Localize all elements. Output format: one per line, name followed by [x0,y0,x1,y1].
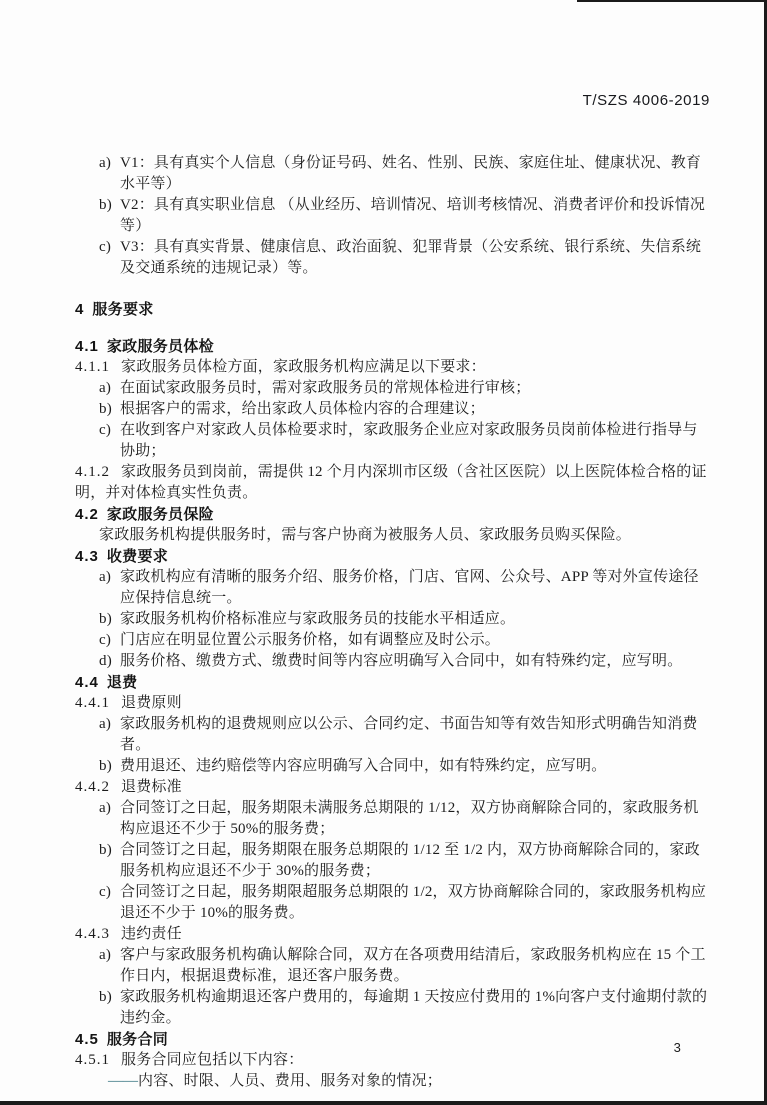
scan-edge-bottom [0,1101,767,1105]
list-text: 根据客户的需求，给出家政人员体检内容的合理建议； [120,399,712,420]
list-text: 合同签订之日起，服务期限在服务总期限的 1/12 至 1/2 内，双方协商解除合… [120,840,712,882]
section-title: 服务合同 [107,1031,168,1048]
list-item: b) 费用退还、违约赔偿等内容应明确写入合同中，如有特殊约定，应写明。 [99,756,712,777]
section-heading-4-2: 4.2家政服务员保险 [75,504,712,525]
section-number: 4.2 [75,506,99,523]
list-text: 在收到客户对家政人员体检要求时，家政服务企业应对家政服务员岗前体检进行指导与协助… [120,420,712,462]
section-heading-4-3: 4.3收费要求 [75,546,712,567]
clause-number: 4.5.1 [75,1052,110,1068]
section-number: 4.5 [75,1031,99,1048]
list-marker: a) [99,153,120,195]
clause-text: 违约责任 [121,926,182,942]
dash-list-item: ——内容、时限、人员、费用、服务对象的情况； [108,1071,712,1092]
section-title: 退费 [107,674,138,691]
standard-code: T/SZS 4006-2019 [583,92,710,109]
clause-number: 4.1.2 [75,464,110,480]
list-text: 服务价格、缴费方式、缴费时间等内容应明确写入合同中，如有特殊约定，应写明。 [120,651,712,672]
list-text: 家政服务机构价格标准应与家政服务员的技能水平相适应。 [120,609,712,630]
clause-list-4-4-1: a) 家政服务机构的退费规则应以公示、合同约定、书面告知等有效告知形式明确告知消… [75,714,712,777]
section-heading-4-1: 4.1家政服务员体检 [75,336,712,357]
section-number: 4.1 [75,338,99,355]
clause-list-4-4-3: a) 客户与家政服务机构确认解除合同，双方在各项费用结清后，家政服务机构应在 1… [75,945,712,1029]
list-marker: b) [99,987,120,1029]
list-item: b) 根据客户的需求，给出家政人员体检内容的合理建议； [99,399,712,420]
em-dash-marker: —— [108,1073,138,1089]
list-item: a) 客户与家政服务机构确认解除合同，双方在各项费用结清后，家政服务机构应在 1… [99,945,712,987]
list-text: 在面试家政服务员时，需对家政服务员的常规体检进行审核； [120,378,712,399]
list-item: b) 合同签订之日起，服务期限在服务总期限的 1/12 至 1/2 内，双方协商… [99,840,712,882]
list-marker: b) [99,195,120,237]
section-heading-4-5: 4.5服务合同 [75,1029,712,1050]
list-item: a) 在面试家政服务员时，需对家政服务员的常规体检进行审核； [99,378,712,399]
clause-list-4-1-1: a) 在面试家政服务员时，需对家政服务员的常规体检进行审核； b) 根据客户的需… [75,378,712,462]
list-item-v2: b) V2：具有真实职业信息 （从业经历、培训情况、培训考核情况、消费者评价和投… [99,195,712,237]
list-item: c) 在收到客户对家政人员体检要求时，家政服务企业应对家政服务员岗前体检进行指导… [99,420,712,462]
document-header: T/SZS 4006-2019 [0,0,767,111]
list-marker: c) [99,630,120,651]
list-marker: a) [99,945,120,987]
list-item-v3: c) V3：具有真实背景、健康信息、政治面貌、犯罪背景（公安系统、银行系统、失信… [99,237,712,279]
list-item: c) 合同签订之日起，服务期限超服务总期限的 1/2，双方协商解除合同的，家政服… [99,882,712,924]
clause-text: 退费标准 [121,779,182,795]
clause-list-4-4-2: a) 合同签订之日起，服务期限未满服务总期限的 1/12，双方协商解除合同的，家… [75,798,712,924]
clause-4-4-2: 4.4.2退费标准 [75,777,712,798]
clause-4-4-3: 4.4.3违约责任 [75,924,712,945]
list-marker: a) [99,714,120,756]
list-text: V2：具有真实职业信息 （从业经历、培训情况、培训考核情况、消费者评价和投诉情况… [120,195,712,237]
list-marker: c) [99,237,120,279]
list-item: c) 门店应在明显位置公示服务价格，如有调整应及时公示。 [99,630,712,651]
list-item: b) 家政服务机构逾期退还客户费用的，每逾期 1 天按应付费用的 1%向客户支付… [99,987,712,1029]
scan-edge-top [577,0,767,2]
list-text: 家政机构应有清晰的服务介绍、服务价格，门店、官网、公众号、APP 等对外宣传途径… [120,567,712,609]
section-title: 收费要求 [107,548,168,565]
clause-text: 服务合同应包括以下内容： [121,1052,303,1068]
list-text: 门店应在明显位置公示服务价格，如有调整应及时公示。 [120,630,712,651]
section-heading-4: 4服务要求 [75,299,712,320]
clause-number: 4.4.1 [75,695,110,711]
section-number: 4 [75,301,84,318]
list-item-v1: a) V1：具有真实个人信息（身份证号码、姓名、性别、民族、家庭住址、健康状况、… [99,153,712,195]
clause-text: 家政服务员体检方面，家政服务机构应满足以下要求： [121,359,486,375]
list-text: 家政服务机构逾期退还客户费用的，每逾期 1 天按应付费用的 1%向客户支付逾期付… [120,987,712,1029]
list-marker: c) [99,882,120,924]
clause-text: 退费原则 [121,695,182,711]
section-number: 4.3 [75,548,99,565]
list-text: V1：具有真实个人信息（身份证号码、姓名、性别、民族、家庭住址、健康状况、教育水… [120,153,712,195]
clause-number: 4.4.2 [75,779,110,795]
list-marker: a) [99,378,120,399]
list-item: a) 家政机构应有清晰的服务介绍、服务价格，门店、官网、公众号、APP 等对外宣… [99,567,712,609]
list-item: b) 家政服务机构价格标准应与家政服务员的技能水平相适应。 [99,609,712,630]
list-marker: b) [99,840,120,882]
page-number: 3 [674,1037,681,1058]
clause-number: 4.4.3 [75,926,110,942]
clause-4-1-1: 4.1.1家政服务员体检方面，家政服务机构应满足以下要求： [75,357,712,378]
list-marker: a) [99,567,120,609]
v-level-list: a) V1：具有真实个人信息（身份证号码、姓名、性别、民族、家庭住址、健康状况、… [75,153,712,279]
list-item: a) 家政服务机构的退费规则应以公示、合同约定、书面告知等有效告知形式明确告知消… [99,714,712,756]
list-item: a) 合同签订之日起，服务期限未满服务总期限的 1/12，双方协商解除合同的，家… [99,798,712,840]
list-marker: b) [99,756,120,777]
clause-list-4-3: a) 家政机构应有清晰的服务介绍、服务价格，门店、官网、公众号、APP 等对外宣… [75,567,712,672]
section-heading-4-4: 4.4退费 [75,672,712,693]
section-title: 服务要求 [92,301,153,318]
list-marker: b) [99,399,120,420]
clause-4-5-1: 4.5.1服务合同应包括以下内容： [75,1050,712,1071]
list-text: 合同签订之日起，服务期限超服务总期限的 1/2，双方协商解除合同的，家政服务机构… [120,882,712,924]
clause-text: 家政服务员到岗前，需提供 12 个月内深圳市区级（含社区医院）以上医院体检合格的… [75,464,707,501]
list-item: d) 服务价格、缴费方式、缴费时间等内容应明确写入合同中，如有特殊约定，应写明。 [99,651,712,672]
list-marker: a) [99,798,120,840]
paragraph-4-2: 家政服务机构提供服务时，需与客户协商为被服务人员、家政服务员购买保险。 [99,525,712,546]
scanned-document-page: T/SZS 4006-2019 a) V1：具有真实个人信息（身份证号码、姓名、… [0,0,767,1105]
list-text: 费用退还、违约赔偿等内容应明确写入合同中，如有特殊约定，应写明。 [120,756,712,777]
clause-4-1-2: 4.1.2家政服务员到岗前，需提供 12 个月内深圳市区级（含社区医院）以上医院… [75,462,712,504]
list-marker: c) [99,420,120,462]
section-title: 家政服务员体检 [107,338,214,355]
list-text: 家政服务机构的退费规则应以公示、合同约定、书面告知等有效告知形式明确告知消费者。 [120,714,712,756]
list-marker: b) [99,609,120,630]
list-text: 合同签订之日起，服务期限未满服务总期限的 1/12，双方协商解除合同的，家政服务… [120,798,712,840]
section-title: 家政服务员保险 [107,506,214,523]
clause-number: 4.1.1 [75,359,110,375]
document-body: a) V1：具有真实个人信息（身份证号码、姓名、性别、民族、家庭住址、健康状况、… [0,153,767,1092]
dash-item-text: 内容、时限、人员、费用、服务对象的情况； [138,1073,442,1089]
list-text: V3：具有真实背景、健康信息、政治面貌、犯罪背景（公安系统、银行系统、失信系统及… [120,237,712,279]
section-number: 4.4 [75,674,99,691]
list-text: 客户与家政服务机构确认解除合同，双方在各项费用结清后，家政服务机构应在 15 个… [120,945,712,987]
list-marker: d) [99,651,120,672]
clause-4-4-1: 4.4.1退费原则 [75,693,712,714]
